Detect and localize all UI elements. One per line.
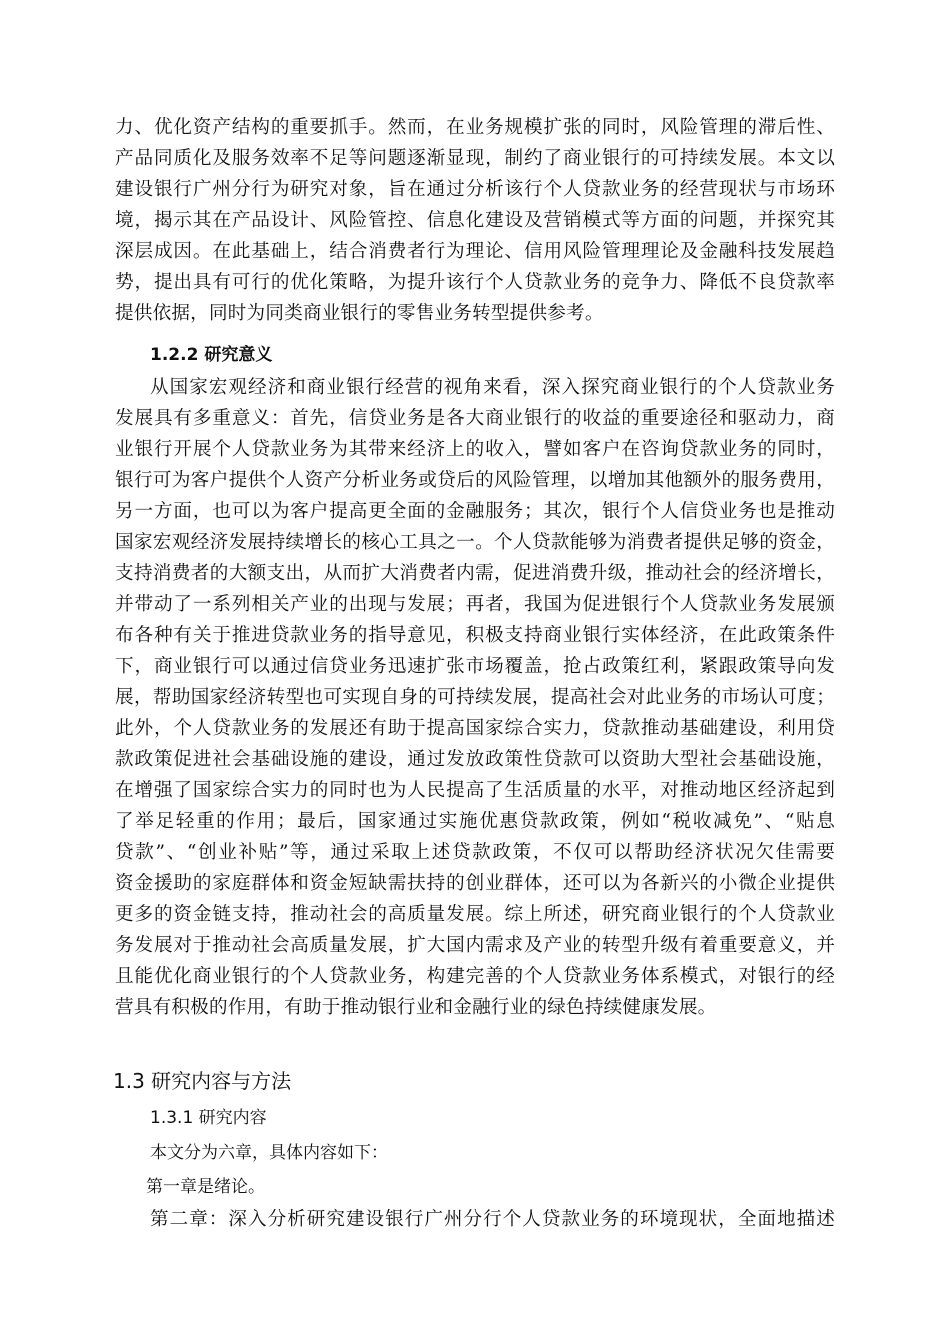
paragraph-line: 产品同质化及服务效率不足等问题逐渐显现，制约了商业银行的可持续发展。本文以 [115, 148, 835, 170]
paragraph-line: 资金援助的家庭群体和资金短缺需扶持的创业群体，还可以为各新兴的小微企业提供 [115, 873, 835, 895]
paragraph-line: 了举足轻重的作用；最后，国家通过实施优惠贷款政策，例如“税收减免”、“贴息 [115, 811, 835, 833]
paragraph-line: 展，帮助国家经济转型也可实现自身的可持续发展，提高社会对此业务的市场认可度； [115, 687, 835, 709]
paragraph-line: 提供依据，同时为同类商业银行的零售业务转型提供参考。 [115, 303, 835, 325]
paragraph-line: 且能优化商业银行的个人贷款业务，构建完善的个人贷款业务体系模式，对银行的经 [115, 966, 835, 988]
paragraph-line: 另一方面，也可以为客户提高更全面的金融服务；其次，银行个人信贷业务也是推动 [115, 501, 835, 523]
chapter-one-line: 第一章是绪论。 [146, 1176, 265, 1198]
paragraph-line: 从国家宏观经济和商业银行经营的视角来看，深入探究商业银行的个人贷款业务 [150, 377, 835, 399]
paragraph-line: 更多的资金链支持，推动社会的高质量发展。综上所述，研究商业银行的个人贷款业 [115, 904, 835, 926]
paragraph-line: 势，提出具有可行的优化策略，为提升该行个人贷款业务的竞争力、降低不良贷款率 [115, 272, 835, 294]
paragraph-line: 务发展对于推动社会高质量发展，扩大国内需求及产业的转型升级有着重要意义，并 [115, 935, 835, 957]
section-heading-1-3-1: 1.3.1 研究内容 [150, 1107, 267, 1129]
paragraph-line: 支持消费者的大额支出，从而扩大消费者内需，促进消费升级，推动社会的经济增长， [115, 563, 835, 585]
document-page: 力、优化资产结构的重要抓手。然而，在业务规模扩张的同时，风险管理的滞后性、 产品… [0, 0, 950, 1344]
paragraph-line: 发展具有多重意义：首先，信贷业务是各大商业银行的收益的重要途径和驱动力，商 [115, 408, 835, 430]
paragraph-line: 国家宏观经济发展持续增长的核心工具之一。个人贷款能够为消费者提供足够的资金， [115, 532, 835, 554]
paragraph-line: 下，商业银行可以通过信贷业务迅速扩张市场覆盖，抢占政策红利，紧跟政策导向发 [115, 656, 835, 678]
section-heading-1-2-2: 1.2.2 研究意义 [150, 344, 272, 366]
paragraph-line: 深层成因。在此基础上，结合消费者行为理论、信用风险管理理论及金融科技发展趋 [115, 241, 835, 263]
paragraph-line: 并带动了一系列相关产业的出现与发展；再者，我国为促进银行个人贷款业务发展颁 [115, 594, 835, 616]
paragraph-line: 力、优化资产结构的重要抓手。然而，在业务规模扩张的同时，风险管理的滞后性、 [115, 117, 835, 139]
paragraph-line: 布各种有关于推进贷款业务的指导意见，积极支持商业银行实体经济，在此政策条件 [115, 625, 835, 647]
paragraph-line: 境，揭示其在产品设计、风险管控、信息化建设及营销模式等方面的问题，并探究其 [115, 210, 835, 232]
paragraph-line: 款政策促进社会基础设施的建设，通过发放政策性贷款可以资助大型社会基础设施， [115, 749, 835, 771]
paragraph-line: 营具有积极的作用，有助于推动银行业和金融行业的绿色持续健康发展。 [115, 997, 835, 1019]
paragraph-line: 贷款”、“创业补贴”等，通过采取上述贷款政策，不仅可以帮助经济状况欠佳需要 [115, 842, 835, 864]
intro-line: 本文分为六章，具体内容如下： [150, 1142, 388, 1164]
paragraph-line: 建设银行广州分行为研究对象，旨在通过分析该行个人贷款业务的经营现状与市场环 [115, 179, 835, 201]
paragraph-line: 在增强了国家综合实力的同时也为人民提高了生活质量的水平，对推动地区经济起到 [115, 780, 835, 802]
chapter-two-line: 第二章：深入分析研究建设银行广州分行个人贷款业务的环境现状，全面地描述 [150, 1209, 835, 1231]
paragraph-line: 业银行开展个人贷款业务为其带来经济上的收入，譬如客户在咨询贷款业务的同时， [115, 439, 835, 461]
section-heading-1-3: 1.3 研究内容与方法 [113, 1068, 291, 1094]
paragraph-line: 银行可为客户提供个人资产分析业务或贷后的风险管理，以增加其他额外的服务费用， [115, 470, 835, 492]
paragraph-line: 此外，个人贷款业务的发展还有助于提高国家综合实力，贷款推动基础建设，利用贷 [115, 718, 835, 740]
